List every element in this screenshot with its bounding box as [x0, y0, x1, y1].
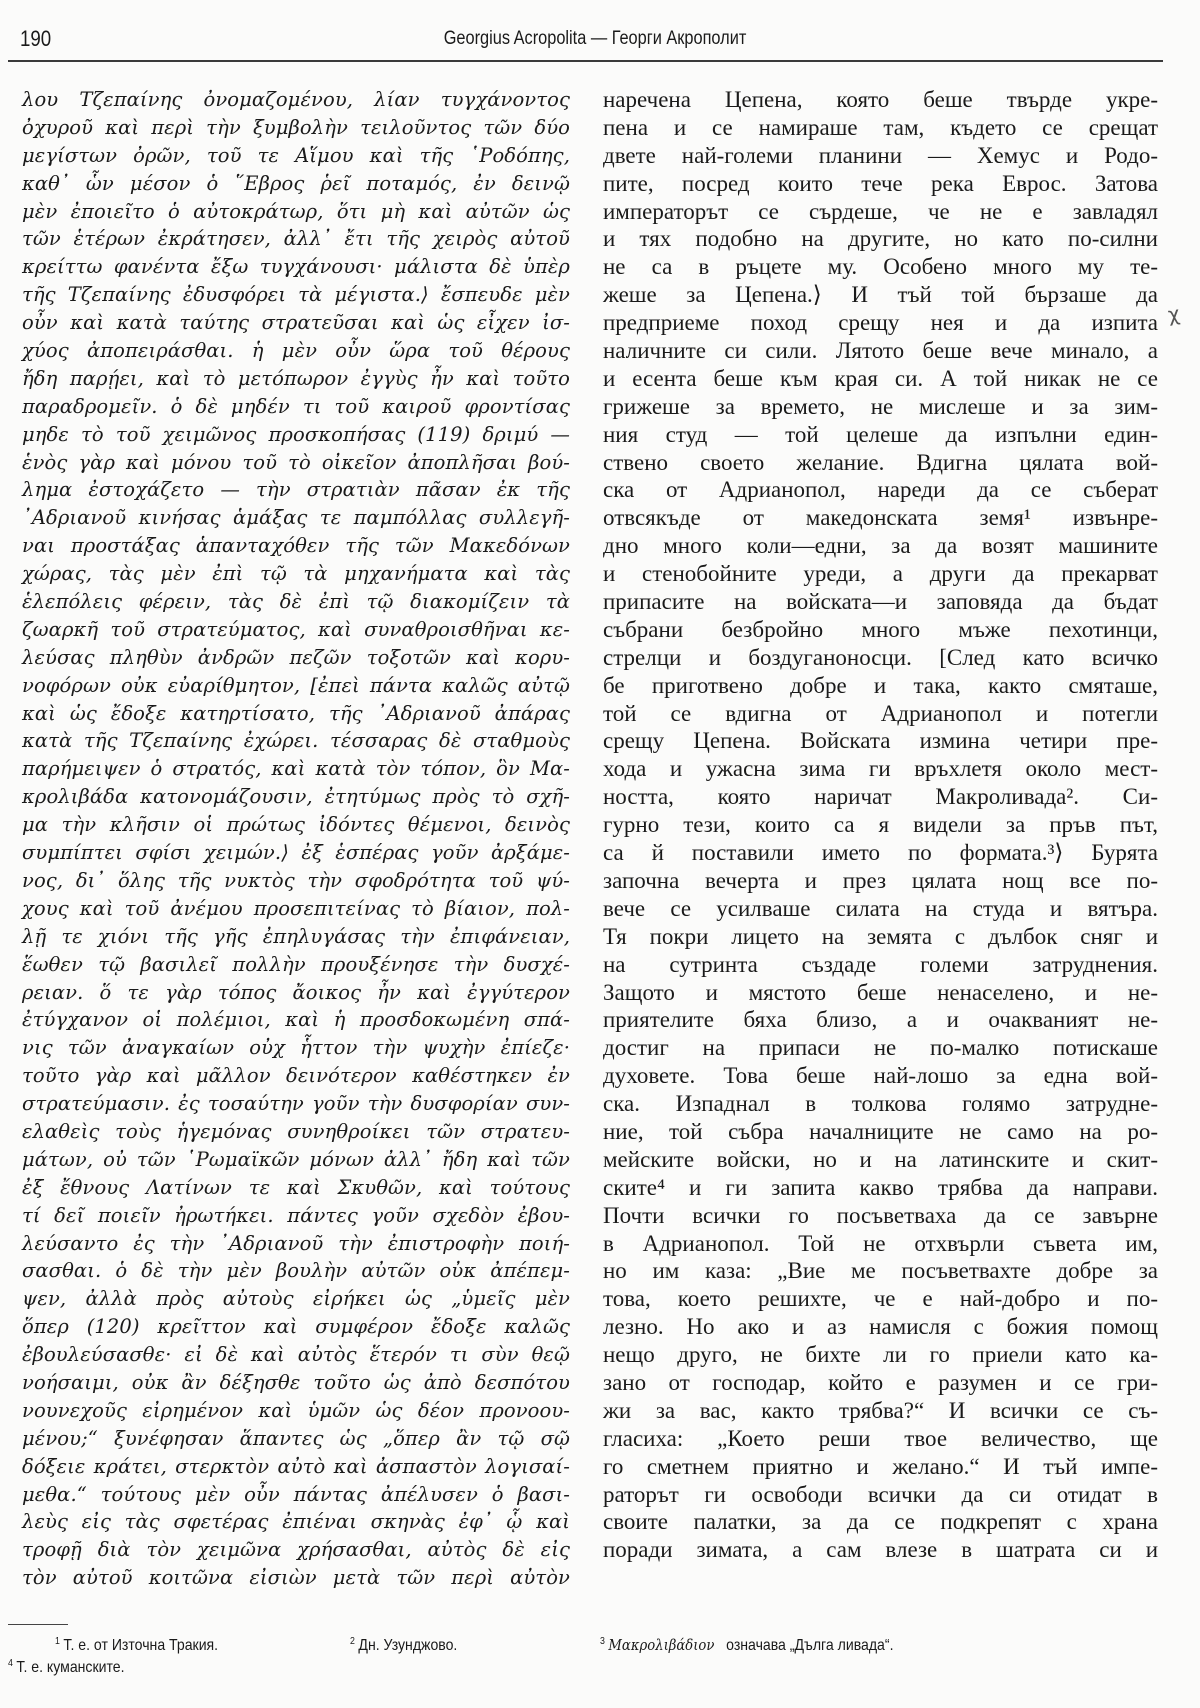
greek-text-column: λου Τζεπαίνης ὀνομαζομένου, λίαν τυγχάνο… [22, 86, 570, 1592]
footnote-mark: 4 [8, 1658, 13, 1669]
bulgarian-text-line: започна вечерта и през цялата нощ все по… [603, 867, 1158, 895]
greek-text-line: καὶ ὡς ἔδοξε κατηρτίσατο, τῆς ᾽Αδριανοῦ … [22, 700, 570, 728]
greek-text-line: νοφόρων οὐκ εὐαρίθμητον, [ἐπεὶ πάντα καλ… [22, 672, 570, 700]
greek-text-line: ἕωθεν τῷ βασιλεῖ πολλὴν προυξένησε τὴν δ… [22, 951, 570, 979]
bulgarian-text-line: хода и ужасна зима ги връхлетя около мес… [603, 755, 1158, 783]
bulgarian-text-line: пите, посред които тече река Еврос. Зато… [603, 170, 1158, 198]
bulgarian-text-line: ска от Адрианопол, нареди да се съберат [603, 476, 1158, 504]
greek-text-line: μεγίστων ὀρῶν, τοῦ τε Αἵμου καὶ τῆς ῾Ροδ… [22, 142, 570, 170]
bulgarian-text-line: гурно тези, които са я видели за пръв пъ… [603, 811, 1158, 839]
greek-text-line: ψεν, ἀλλὰ πρὸς αὐτοὺς εἰρήκει ὡς „ὑμεῖς … [22, 1285, 570, 1313]
bulgarian-text-column: наречена Цепена, която беше твърде укре-… [603, 86, 1158, 1564]
bulgarian-text-line: Тя покри лицето на земята с дълбок сняг … [603, 923, 1158, 951]
greek-text-line: νουνεχοῦς εἰρημένον καὶ ὑμῶν ὡς δέον προ… [22, 1397, 570, 1425]
greek-text-line: χώρας, τὰς μὲν ἐπὶ τῷ τὰ μηχανήματα καὶ … [22, 560, 570, 588]
greek-text-line: τοῦτο γὰρ καὶ μᾶλλον δεινότερον καθέστηκ… [22, 1062, 570, 1090]
greek-text-line: ἑλεπόλεις φέρειν, τὰς δὲ ἐπὶ τῷ διακομίζ… [22, 588, 570, 616]
bulgarian-text-line: грижеше за времето, не мислеше и за зим- [603, 393, 1158, 421]
bulgarian-text-line: жи за вас, както трябва?“ И всички се съ… [603, 1397, 1158, 1425]
greek-text-line: παρήμειψεν ὁ στρατός, καὶ κατὰ τὸν τόπον… [22, 755, 570, 783]
book-page: 190 Georgius Acropolita — Георги Акропол… [0, 0, 1200, 1708]
margin-annotation: χ [1166, 301, 1181, 326]
running-title: Georgius Acropolita — Георги Акрополит [101, 28, 1090, 50]
bulgarian-text-line: на сутринта създаде големи затруднения. [603, 951, 1158, 979]
footnote-greek-term: Μακρολιβάδιον [608, 1636, 714, 1654]
bulgarian-text-line: ние, той събра началниците не само на ро… [603, 1118, 1158, 1146]
greek-text-line: κρείττω φανέντα ἔξω τυγχάνουσι· μάλιστα … [22, 253, 570, 281]
bulgarian-text-line: предприеме поход срещу нея и да изпита [603, 309, 1158, 337]
greek-text-line: μένου;“ ξυνέφησαν ἅπαντες ὡς „ὅπερ ἂν τῷ… [22, 1425, 570, 1453]
bulgarian-text-line: вече се усилваше силата на студа и вятър… [603, 895, 1158, 923]
greek-text-line: κρολιβάδα κατονομάζουσιν, ἐτητύμως πρὸς … [22, 783, 570, 811]
footnote-2: 2Дн. Узунджово. [350, 1636, 457, 1655]
bulgarian-text-line: раторът ги освободи всички да си отидат … [603, 1481, 1158, 1509]
greek-text-line: χύος ἀποπειράσθαι. ἡ μὲν οὖν ὥρα τοῦ θέρ… [22, 337, 570, 365]
footnote-text: означава „Дълга ливада“. [726, 1637, 893, 1654]
bulgarian-text-line: пена и се намираше там, където се срещат [603, 114, 1158, 142]
greek-text-line: μηδε τὸ τοῦ χειμῶνος προσκοπήσας (119) δ… [22, 421, 570, 449]
greek-text-line: ἑνὸς γὰρ καὶ μόνου τοῦ τὸ οἰκεῖον ἀποπλῆ… [22, 449, 570, 477]
greek-text-line: ζωαρκῆ τοῦ στρατεύματος, καὶ συναθροισθῆ… [22, 616, 570, 644]
bulgarian-text-line: той се вдигна от Адрианопол и потегли [603, 700, 1158, 728]
greek-text-line: ελαθεὶς τοὺς ἡγεμόνας συνηθροίκει τῶν στ… [22, 1118, 570, 1146]
greek-text-line: τῆς Τζεπαίνης ἐδυσφόρει τὰ μέγιστα.⟩ ἔσπ… [22, 281, 570, 309]
footnote-text: Т. е. куманските. [16, 1659, 124, 1676]
greek-text-line: στρατεύμασιν. ἐς τοσαύτην γοῦν τὴν δυσφο… [22, 1090, 570, 1118]
greek-text-line: τὸν αὐτοῦ κοιτῶνα εἰσιὼν μετὰ τῶν περὶ α… [22, 1564, 570, 1592]
greek-text-line: δόξειε κράτει, στερκτὸν αὐτὸ καὶ ἀσπαστὸ… [22, 1453, 570, 1481]
footnote-rule [8, 1624, 68, 1625]
greek-text-line: συμπίπτει σφίσι χειμών.⟩ ἐξ ἑσπέρας γοῦν… [22, 839, 570, 867]
bulgarian-text-line: го сметнем приятно и желано.“ И тъй импе… [603, 1453, 1158, 1481]
bulgarian-text-line: отвсякъде от македонската земя¹ извънре- [603, 504, 1158, 532]
footnote-4: 4Т. е. куманските. [8, 1658, 125, 1677]
bulgarian-text-line: бе приготвено добре и така, както смяташ… [603, 672, 1158, 700]
footnote-text: Т. е. от Източна Тракия. [63, 1637, 218, 1654]
footnote-mark: 3 [600, 1636, 605, 1647]
greek-text-line: κατὰ τῆς Τζεπαίνης ἐχώρει. τέσσαρας δὲ σ… [22, 727, 570, 755]
greek-text-line: τροφῇ διὰ τὸν χειμῶνα χρήσασθαι, αὐτὸς δ… [22, 1536, 570, 1564]
greek-text-line: τῶν ἑτέρων ἐκράτησεν, ἀλλ᾽ ἔτι τῆς χειρὸ… [22, 225, 570, 253]
greek-text-line: μάτων, οὐ τῶν ῾Ρωμαϊκῶν μόνων ἀλλ᾽ ἤδη κ… [22, 1146, 570, 1174]
greek-text-line: λεύσας πληθὺν ἀνδρῶν πεζῶν τοξοτῶν καὶ κ… [22, 644, 570, 672]
greek-text-line: λεύσαντο ἐς τὴν ᾽Αδριανοῦ τὴν ἐπιστροφὴν… [22, 1230, 570, 1258]
greek-text-line: μὲν ἐποιεῖτο ὁ αὐτοκράτωρ, ὅτι μὴ καὶ αὐ… [22, 198, 570, 226]
bulgarian-text-line: това, което решихте, че е най-добро и по… [603, 1285, 1158, 1313]
greek-text-line: νοήσαιμι, οὐκ ἂν δέξησθε τοῦτο ὡς ἀπὸ δε… [22, 1369, 570, 1397]
bulgarian-text-line: приятелите бяха близо, а и очакваният не… [603, 1006, 1158, 1034]
bulgarian-text-line: са й поставили името по формата.³⟩ Бурят… [603, 839, 1158, 867]
bulgarian-text-line: и стенобойните уреди, а други да прекарв… [603, 560, 1158, 588]
greek-text-line: ᾽Αδριανοῦ κινήσας ἁμάξας τε παμπόλλας συ… [22, 504, 570, 532]
footnote-text: Дн. Узунджово. [358, 1637, 457, 1654]
greek-text-line: οὖν καὶ κατὰ ταύτης στρατεῦσαι καὶ ὡς εἶ… [22, 309, 570, 337]
bulgarian-text-line: Почти всички го посъветваха да се завърн… [603, 1202, 1158, 1230]
bulgarian-text-line: Защото и мястото беше ненаселено, и не- [603, 979, 1158, 1007]
page-header: 190 Georgius Acropolita — Георги Акропол… [20, 22, 1170, 56]
bulgarian-text-line: зано от господар, който е разумен и се г… [603, 1369, 1158, 1397]
greek-text-line: μεθα.“ τούτους μὲν οὖν πάντας ἀπέλυσεν ὁ… [22, 1481, 570, 1509]
greek-text-line: ὀχυροῦ καὶ περὶ τὴν ξυμβολὴν τειλοῦντος … [22, 114, 570, 142]
bulgarian-text-line: жеше за Цепена.⟩ И тъй той бързаше да [603, 281, 1158, 309]
bulgarian-text-line: нещо друго, не бихте ли го приели като к… [603, 1341, 1158, 1369]
greek-text-line: ἐβουλεύσασθε· εἰ δὲ καὶ αὐτὸς ἕτερόν τι … [22, 1341, 570, 1369]
bulgarian-text-line: лезно. Но ако и аз намисля с божия помощ [603, 1313, 1158, 1341]
greek-text-line: ἐτύγχανον οἱ πολέμιοι, καὶ ἡ προσδοκωμέν… [22, 1006, 570, 1034]
header-rule [8, 60, 1163, 62]
bulgarian-text-line: духовете. Това беше най-лошо за една вой… [603, 1062, 1158, 1090]
bulgarian-text-line: и есента беше към края си. А той никак н… [603, 365, 1158, 393]
bulgarian-text-line: своите палатки, за да се подкрепят с хра… [603, 1508, 1158, 1536]
greek-text-line: λεὺς εἰς τὰς σφετέρας ἐπιέναι σκηνὰς ἐφ᾽… [22, 1508, 570, 1536]
bulgarian-text-line: достиг на припаси не по-малко потискаше [603, 1034, 1158, 1062]
greek-text-line: παραδρομεῖν. ὁ δὲ μηδέν τι τοῦ καιροῦ φρ… [22, 393, 570, 421]
bulgarian-text-line: дно много коли—едни, за да возят машинит… [603, 532, 1158, 560]
bulgarian-text-line: наречена Цепена, която беше твърде укре- [603, 86, 1158, 114]
bulgarian-text-line: не са в ръцете му. Особено много му те- [603, 253, 1158, 281]
greek-text-line: νος, δι᾽ ὅλης τῆς νυκτὸς τὴν σφοδρότητα … [22, 867, 570, 895]
greek-text-line: λου Τζεπαίνης ὀνομαζομένου, λίαν τυγχάνο… [22, 86, 570, 114]
greek-text-line: νις τῶν ἀναγκαίων οὐχ ἧττον τὴν ψυχὴν ἐπ… [22, 1034, 570, 1062]
bulgarian-text-line: ствено своето желание. Вдигна цялата вой… [603, 449, 1158, 477]
bulgarian-text-line: ска. Изпаднал в толкова голямо затрудне- [603, 1090, 1158, 1118]
bulgarian-text-line: припасите на войската—и заповяда да бъда… [603, 588, 1158, 616]
bulgarian-text-line: ния студ — той целеше да изпълни един- [603, 421, 1158, 449]
greek-text-line: καθ᾽ ὧν μέσον ὁ ῞Εβρος ῥεῖ ποταμός, ἐν δ… [22, 170, 570, 198]
bulgarian-text-line: мейските войски, но и на латинските и ск… [603, 1146, 1158, 1174]
bulgarian-text-line: двете най-големи планини — Хемус и Родо- [603, 142, 1158, 170]
greek-text-line: ἤδη παρῄει, καὶ τὸ μετόπωρον ἐγγὺς ἦν κα… [22, 365, 570, 393]
greek-text-line: σασθαι. ὁ δὲ τὴν μὲν βουλὴν αὐτῶν οὐκ ἀπ… [22, 1257, 570, 1285]
footnote-mark: 2 [350, 1636, 355, 1647]
bulgarian-text-line: ските⁴ и ги запита какво трябва да напра… [603, 1174, 1158, 1202]
greek-text-line: ὅπερ (120) κρεῖττον καὶ συμφέρον ἔδοξε κ… [22, 1313, 570, 1341]
greek-text-line: λημα ἐστοχάζετο — τὴν στρατιὰν πᾶσαν ἐκ … [22, 476, 570, 504]
greek-text-line: ἐξ ἔθνους Λατίνων τε καὶ Σκυθῶν, καὶ τού… [22, 1174, 570, 1202]
bulgarian-text-line: събрани безбройно много мъже пехотинци, [603, 616, 1158, 644]
bulgarian-text-line: в Адрианопол. Той не отхвърли съвета им, [603, 1230, 1158, 1258]
bulgarian-text-line: поради зимата, а сам влезе в шатрата си … [603, 1536, 1158, 1564]
bulgarian-text-line: наличните си сили. Лятото беше вече мина… [603, 337, 1158, 365]
greek-text-line: χους καὶ τοῦ ἀνέμου προσεπιτείνας τὸ βία… [22, 895, 570, 923]
bulgarian-text-line: срещу Цепена. Войската измина четири пре… [603, 727, 1158, 755]
footnote-1: 1Т. е. от Източна Тракия. [55, 1636, 218, 1655]
bulgarian-text-line: и тях подобно на другите, но като по-сил… [603, 225, 1158, 253]
page-number: 190 [20, 26, 51, 52]
greek-text-line: μα τὴν κλῆσιν οἱ πρώτως ἰδόντες θέμενοι,… [22, 811, 570, 839]
bulgarian-text-line: ността, която наричат Макроливада². Си- [603, 783, 1158, 811]
bulgarian-text-line: императорът се сърдеше, че не е завладял [603, 198, 1158, 226]
bulgarian-text-line: гласиха: „Което реши твое величество, ще [603, 1425, 1158, 1453]
greek-text-line: ρειαν. ὅ τε γὰρ τόπος ἄοικος ἦν καὶ ἐγγύ… [22, 979, 570, 1007]
bulgarian-text-line: но им каза: „Вие ме посъветвахте добре з… [603, 1257, 1158, 1285]
greek-text-line: ναι προστάξας ἁπανταχόθεν τῆς τῶν Μακεδό… [22, 532, 570, 560]
footnote-3: 3Μακρολιβάδιον означава „Дълга ливада“. [600, 1636, 893, 1655]
bulgarian-text-line: стрелци и боздуганоносци. [След като вси… [603, 644, 1158, 672]
footnote-mark: 1 [55, 1636, 60, 1647]
greek-text-line: τί δεῖ ποιεῖν ἠρωτήκει. πάντες γοῦν σχεδ… [22, 1202, 570, 1230]
greek-text-line: λῇ τε χιόνι τῆς γῆς ἐπηλυγάσας τὴν ἐπιφά… [22, 923, 570, 951]
